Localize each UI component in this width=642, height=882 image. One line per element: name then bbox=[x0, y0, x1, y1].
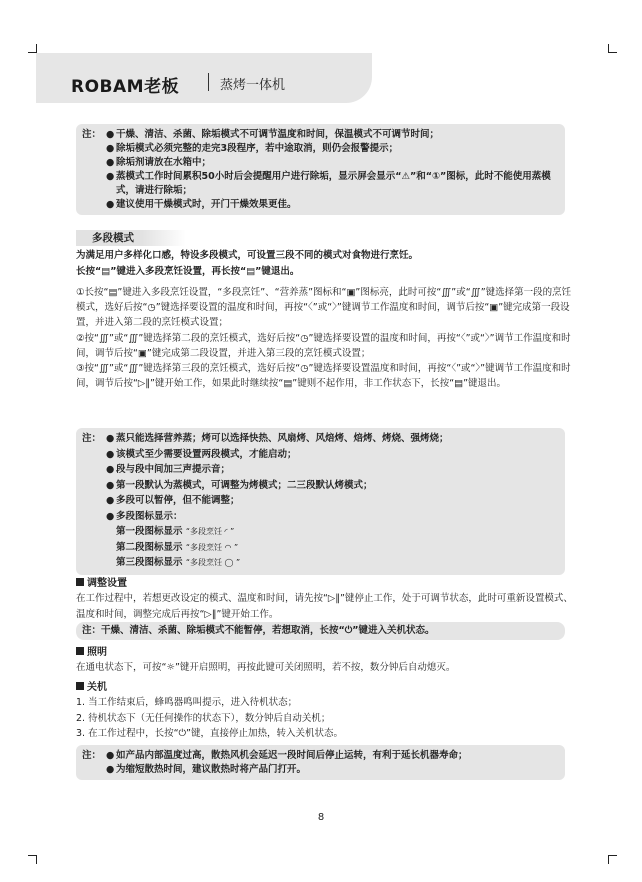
stage-2-icon: “多段烹饪 ◠ ” bbox=[186, 543, 238, 552]
adjust-body: 在工作过程中，若想更改设定的模式、温度和时间，请先按“▷‖”键停止工作，处于可调… bbox=[76, 591, 576, 622]
section-title-multi-stage: 多段模式 bbox=[76, 230, 186, 246]
brand-logo: ROBAM老板 bbox=[71, 72, 179, 97]
bullet-icon: ● bbox=[106, 448, 116, 462]
note-item: 如产品内部温度过高，散热风机会延迟一段时间后停止运转，有利于延长机器寿命； bbox=[116, 749, 559, 763]
bullet-icon: ● bbox=[106, 156, 116, 170]
square-bullet-icon bbox=[76, 578, 84, 586]
multi-stage-steps: ①长按“▤”键进入多段烹饪设置，“多段烹饪”、“营养蒸”图标和“▣”图标亮，此时… bbox=[76, 285, 576, 391]
multi-stage-intro: 为满足用户多样化口感，特设多段模式，可设置三段不同的模式对食物进行烹饪。 长按“… bbox=[76, 248, 576, 279]
crop-mark-bottom-left bbox=[28, 855, 37, 864]
stage-icon-label: 第二段图标显示 bbox=[116, 542, 183, 553]
header-divider bbox=[208, 73, 209, 91]
step-3: ③按“∭”或“∭”键选择第三段的烹饪模式，选好后按“◷”键选择要设置温度和时间，… bbox=[76, 361, 576, 391]
lighting-title: 照明 bbox=[87, 647, 107, 658]
square-bullet-icon bbox=[76, 647, 84, 655]
bullet-icon: ● bbox=[106, 749, 116, 763]
note-item: 建议使用干燥模式时，开门干燥效果更佳。 bbox=[116, 198, 559, 212]
bullet-icon: ● bbox=[106, 510, 116, 524]
note-lead: 注： bbox=[82, 128, 106, 142]
adjust-note: 注：干燥、清洁、杀菌、除垢模式不能暂停，若想取消，长按“⏻”键进入关机状态。 bbox=[76, 622, 565, 640]
bullet-icon: ● bbox=[106, 432, 116, 446]
stage-3-icon: “多段烹饪 ◯ ” bbox=[186, 558, 240, 567]
crop-mark-top-left bbox=[28, 44, 37, 53]
intro-text: 为满足用户多样化口感，特设多段模式，可设置三段不同的模式对食物进行烹饪。 bbox=[76, 248, 576, 264]
shutdown-item: 2. 待机状态下（无任何操作的状态下），数分钟后自动关机； bbox=[76, 711, 576, 727]
bullet-icon: ● bbox=[106, 142, 116, 156]
note-item: 多段可以暂停，但不能调整； bbox=[116, 494, 559, 508]
bullet-icon: ● bbox=[106, 494, 116, 508]
bullet-icon: ● bbox=[106, 170, 116, 198]
section-title-shutdown: 关机 bbox=[76, 681, 107, 695]
note-item: 蒸模式工作时间累积50小时后会提醒用户进行除垢，显示屏会显示“⚠”和“①”图标，… bbox=[116, 170, 559, 198]
adjust-title: 调整设置 bbox=[87, 578, 127, 589]
note-item: 多段图标显示： bbox=[116, 510, 559, 524]
note-item: 段与段中间加三声提示音； bbox=[116, 463, 559, 477]
bullet-icon: ● bbox=[106, 128, 116, 142]
note-box-3: 注：●如产品内部温度过高，散热风机会延迟一段时间后停止运转，有利于延长机器寿命；… bbox=[76, 745, 565, 780]
product-title: 蒸烤一体机 bbox=[220, 74, 285, 93]
section-title-lighting: 照明 bbox=[76, 646, 107, 660]
note-item: 该模式至少需要设置两段模式，才能启动； bbox=[116, 448, 559, 462]
note-box-1: 注：●干燥、清洁、杀菌、除垢模式不可调节温度和时间，保温模式不可调节时间； ●除… bbox=[76, 124, 565, 215]
note-item: 第一段默认为蒸模式，可调整为烤模式；二三段默认烤模式； bbox=[116, 479, 559, 493]
lighting-body: 在通电状态下，可按“☼”键开启照明，再按此键可关闭照明，若不按，数分钟后自动熄灭… bbox=[76, 660, 576, 676]
longpress-text: 长按“▤”键进入多段烹饪设置，再长按“▤”键退出。 bbox=[76, 264, 576, 280]
crop-mark-top-right bbox=[608, 44, 617, 53]
bullet-icon: ● bbox=[106, 763, 116, 777]
shutdown-item: 1. 当工作结束后，蜂鸣器鸣叫提示，进入待机状态； bbox=[76, 695, 576, 711]
note-item: 干燥、清洁、杀菌、除垢模式不可调节温度和时间，保温模式不可调节时间； bbox=[116, 128, 559, 142]
step-1: ①长按“▤”键进入多段烹饪设置，“多段烹饪”、“营养蒸”图标和“▣”图标亮，此时… bbox=[76, 285, 576, 331]
square-bullet-icon bbox=[76, 682, 84, 690]
step-2: ②按“∭”或“∭”键选择第二段的烹饪模式，选好后按“◷”键选择要设置的温度和时间… bbox=[76, 331, 576, 361]
shutdown-item: 3. 在工作过程中，长按“⏻”键，直接停止加热，转入关机状态。 bbox=[76, 726, 576, 742]
section-title-adjust: 调整设置 bbox=[76, 577, 127, 591]
note-item: 除垢模式必须完整的走完3段程序，若中途取消，则仍会报警提示； bbox=[116, 142, 559, 156]
bullet-icon: ● bbox=[106, 198, 116, 212]
note-lead: 注： bbox=[82, 432, 106, 446]
note-item: 为缩短散热时间，建议散热时将产品门打开。 bbox=[116, 763, 559, 777]
stage-1-icon: “多段烹饪 ◜ ” bbox=[186, 527, 234, 536]
note-box-2: 注：●蒸只能选择营养蒸；烤可以选择快热、风扇烤、风焙烤、焙烤、烤烧、强烤烧； ●… bbox=[76, 428, 565, 575]
stage-icon-label: 第一段图标显示 bbox=[116, 526, 183, 537]
note-item: 除垢剂请放在水箱中； bbox=[116, 156, 559, 170]
shutdown-title: 关机 bbox=[87, 682, 107, 693]
shutdown-list: 1. 当工作结束后，蜂鸣器鸣叫提示，进入待机状态； 2. 待机状态下（无任何操作… bbox=[76, 695, 576, 742]
page-number: 8 bbox=[0, 812, 642, 823]
crop-mark-bottom-right bbox=[608, 855, 617, 864]
bullet-icon: ● bbox=[106, 463, 116, 477]
stage-icon-label: 第三段图标显示 bbox=[116, 557, 183, 568]
note-item: 蒸只能选择营养蒸；烤可以选择快热、风扇烤、风焙烤、焙烤、烤烧、强烤烧； bbox=[116, 432, 559, 446]
bullet-icon: ● bbox=[106, 479, 116, 493]
note-lead: 注： bbox=[82, 749, 106, 763]
